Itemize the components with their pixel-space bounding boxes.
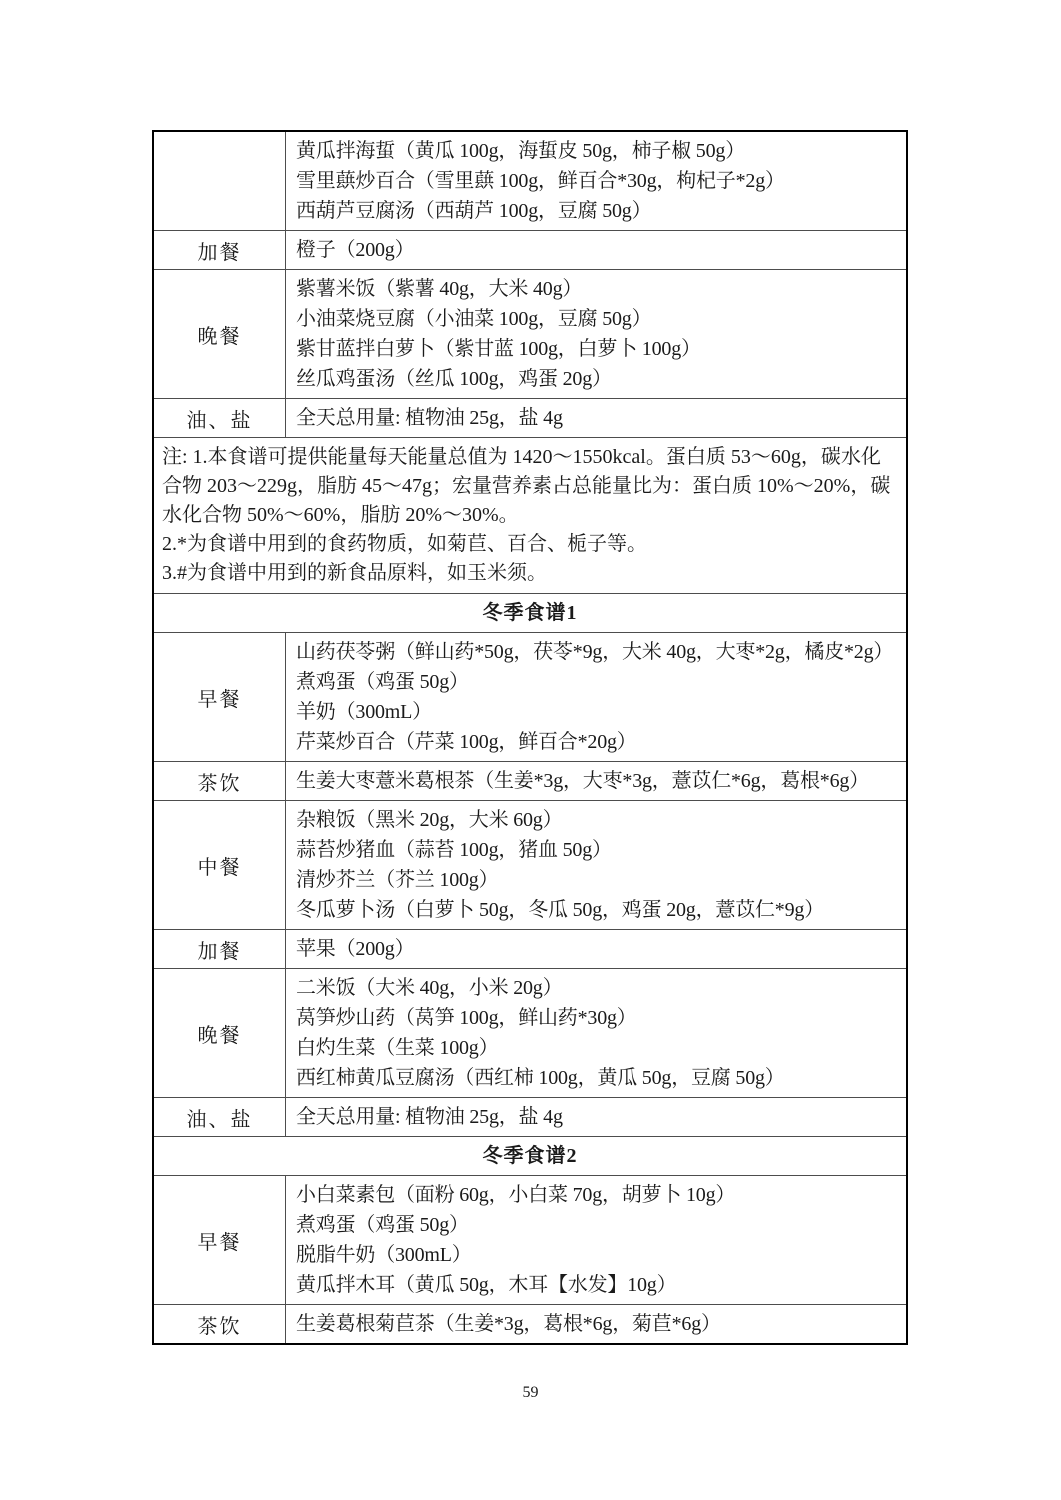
dish-line: 橙子（200g） bbox=[296, 235, 904, 265]
table-row: 加餐橙子（200g） bbox=[154, 230, 906, 269]
row-content: 生姜葛根菊苣茶（生姜*3g，葛根*6g，菊苣*6g） bbox=[286, 1305, 906, 1343]
row-content: 黄瓜拌海蜇（黄瓜 100g，海蜇皮 50g，柿子椒 50g）雪里蕻炒百合（雪里蕻… bbox=[286, 132, 906, 230]
dish-line: 脱脂牛奶（300mL） bbox=[296, 1240, 904, 1270]
table-row: 茶饮生姜葛根菊苣茶（生姜*3g，葛根*6g，菊苣*6g） bbox=[154, 1304, 906, 1343]
row-content: 全天总用量: 植物油 25g，盐 4g bbox=[286, 1098, 906, 1136]
dish-line: 小白菜素包（面粉 60g，小白菜 70g，胡萝卜 10g） bbox=[296, 1180, 904, 1210]
dish-line: 清炒芥兰（芥兰 100g） bbox=[296, 865, 904, 895]
dish-line: 煮鸡蛋（鸡蛋 50g） bbox=[296, 1210, 904, 1240]
table-row: 中餐杂粮饭（黑米 20g，大米 60g）蒜苔炒猪血（蒜苔 100g，猪血 50g… bbox=[154, 800, 906, 929]
dish-line: 西葫芦豆腐汤（西葫芦 100g，豆腐 50g） bbox=[296, 196, 904, 226]
table-row: 茶饮生姜大枣薏米葛根茶（生姜*3g，大枣*3g，薏苡仁*6g，葛根*6g） bbox=[154, 761, 906, 800]
row-content: 二米饭（大米 40g，小米 20g）莴笋炒山药（莴笋 100g，鲜山药*30g）… bbox=[286, 969, 906, 1097]
row-content: 小白菜素包（面粉 60g，小白菜 70g，胡萝卜 10g）煮鸡蛋（鸡蛋 50g）… bbox=[286, 1176, 906, 1304]
section-header-row: 冬季食谱1 bbox=[154, 593, 906, 632]
row-content: 山药茯苓粥（鲜山药*50g，茯苓*9g，大米 40g，大枣*2g，橘皮*2g）煮… bbox=[286, 633, 906, 761]
row-label: 油、盐 bbox=[154, 399, 286, 437]
dish-line: 蒜苔炒猪血（蒜苔 100g，猪血 50g） bbox=[296, 835, 904, 865]
dish-line: 黄瓜拌海蜇（黄瓜 100g，海蜇皮 50g，柿子椒 50g） bbox=[296, 136, 904, 166]
note-line: 3.#为食谱中用到的新食品原料，如玉米须。 bbox=[162, 559, 898, 588]
row-label: 早餐 bbox=[154, 1176, 286, 1304]
dish-line: 芹菜炒百合（芹菜 100g，鲜百合*20g） bbox=[296, 727, 904, 757]
row-content: 橙子（200g） bbox=[286, 231, 906, 269]
table-row: 晚餐二米饭（大米 40g，小米 20g）莴笋炒山药（莴笋 100g，鲜山药*30… bbox=[154, 968, 906, 1097]
dish-line: 紫薯米饭（紫薯 40g，大米 40g） bbox=[296, 274, 904, 304]
dish-line: 杂粮饭（黑米 20g，大米 60g） bbox=[296, 805, 904, 835]
row-content: 紫薯米饭（紫薯 40g，大米 40g）小油菜烧豆腐（小油菜 100g，豆腐 50… bbox=[286, 270, 906, 398]
table-row: 加餐苹果（200g） bbox=[154, 929, 906, 968]
dish-line: 羊奶（300mL） bbox=[296, 697, 904, 727]
row-label: 加餐 bbox=[154, 930, 286, 968]
row-label: 早餐 bbox=[154, 633, 286, 761]
dish-line: 生姜葛根菊苣茶（生姜*3g，葛根*6g，菊苣*6g） bbox=[296, 1309, 904, 1339]
dish-line: 紫甘蓝拌白萝卜（紫甘蓝 100g，白萝卜 100g） bbox=[296, 334, 904, 364]
row-label: 茶饮 bbox=[154, 762, 286, 800]
table-row: 早餐小白菜素包（面粉 60g，小白菜 70g，胡萝卜 10g）煮鸡蛋（鸡蛋 50… bbox=[154, 1175, 906, 1304]
row-label: 茶饮 bbox=[154, 1305, 286, 1343]
page-number: 59 bbox=[0, 1384, 1061, 1402]
meal-plan-table: 黄瓜拌海蜇（黄瓜 100g，海蜇皮 50g，柿子椒 50g）雪里蕻炒百合（雪里蕻… bbox=[152, 130, 908, 1345]
note-line: 注: 1.本食谱可提供能量每天能量总值为 1420～1550kcal。蛋白质 5… bbox=[162, 443, 898, 530]
table-row: 黄瓜拌海蜇（黄瓜 100g，海蜇皮 50g，柿子椒 50g）雪里蕻炒百合（雪里蕻… bbox=[154, 132, 906, 230]
row-content: 生姜大枣薏米葛根茶（生姜*3g，大枣*3g，薏苡仁*6g，葛根*6g） bbox=[286, 762, 906, 800]
dish-line: 全天总用量: 植物油 25g，盐 4g bbox=[296, 1102, 904, 1132]
row-label: 晚餐 bbox=[154, 969, 286, 1097]
dish-line: 生姜大枣薏米葛根茶（生姜*3g，大枣*3g，薏苡仁*6g，葛根*6g） bbox=[296, 766, 904, 796]
dish-line: 二米饭（大米 40g，小米 20g） bbox=[296, 973, 904, 1003]
dish-line: 白灼生菜（生菜 100g） bbox=[296, 1033, 904, 1063]
note-row: 注: 1.本食谱可提供能量每天能量总值为 1420～1550kcal。蛋白质 5… bbox=[154, 437, 906, 593]
row-label: 加餐 bbox=[154, 231, 286, 269]
table-row: 晚餐紫薯米饭（紫薯 40g，大米 40g）小油菜烧豆腐（小油菜 100g，豆腐 … bbox=[154, 269, 906, 398]
note-content: 注: 1.本食谱可提供能量每天能量总值为 1420～1550kcal。蛋白质 5… bbox=[154, 438, 906, 593]
note-line: 2.*为食谱中用到的食药物质，如菊苣、百合、栀子等。 bbox=[162, 530, 898, 559]
section-header-row: 冬季食谱2 bbox=[154, 1136, 906, 1175]
dish-line: 苹果（200g） bbox=[296, 934, 904, 964]
row-content: 全天总用量: 植物油 25g，盐 4g bbox=[286, 399, 906, 437]
dish-line: 山药茯苓粥（鲜山药*50g，茯苓*9g，大米 40g，大枣*2g，橘皮*2g） bbox=[296, 637, 904, 667]
dish-line: 小油菜烧豆腐（小油菜 100g，豆腐 50g） bbox=[296, 304, 904, 334]
row-content: 苹果（200g） bbox=[286, 930, 906, 968]
dish-line: 煮鸡蛋（鸡蛋 50g） bbox=[296, 667, 904, 697]
table-row: 油、盐全天总用量: 植物油 25g，盐 4g bbox=[154, 1097, 906, 1136]
row-label bbox=[154, 132, 286, 230]
table-row: 早餐山药茯苓粥（鲜山药*50g，茯苓*9g，大米 40g，大枣*2g，橘皮*2g… bbox=[154, 632, 906, 761]
dish-line: 黄瓜拌木耳（黄瓜 50g，木耳【水发】10g） bbox=[296, 1270, 904, 1300]
dish-line: 莴笋炒山药（莴笋 100g，鲜山药*30g） bbox=[296, 1003, 904, 1033]
dish-line: 冬瓜萝卜汤（白萝卜 50g，冬瓜 50g，鸡蛋 20g，薏苡仁*9g） bbox=[296, 895, 904, 925]
dish-line: 西红柿黄瓜豆腐汤（西红柿 100g，黄瓜 50g，豆腐 50g） bbox=[296, 1063, 904, 1093]
dish-line: 丝瓜鸡蛋汤（丝瓜 100g，鸡蛋 20g） bbox=[296, 364, 904, 394]
dish-line: 雪里蕻炒百合（雪里蕻 100g，鲜百合*30g，枸杞子*2g） bbox=[296, 166, 904, 196]
table-row: 油、盐全天总用量: 植物油 25g，盐 4g bbox=[154, 398, 906, 437]
row-label: 中餐 bbox=[154, 801, 286, 929]
dish-line: 全天总用量: 植物油 25g，盐 4g bbox=[296, 403, 904, 433]
row-label: 晚餐 bbox=[154, 270, 286, 398]
row-label: 油、盐 bbox=[154, 1098, 286, 1136]
row-content: 杂粮饭（黑米 20g，大米 60g）蒜苔炒猪血（蒜苔 100g，猪血 50g）清… bbox=[286, 801, 906, 929]
